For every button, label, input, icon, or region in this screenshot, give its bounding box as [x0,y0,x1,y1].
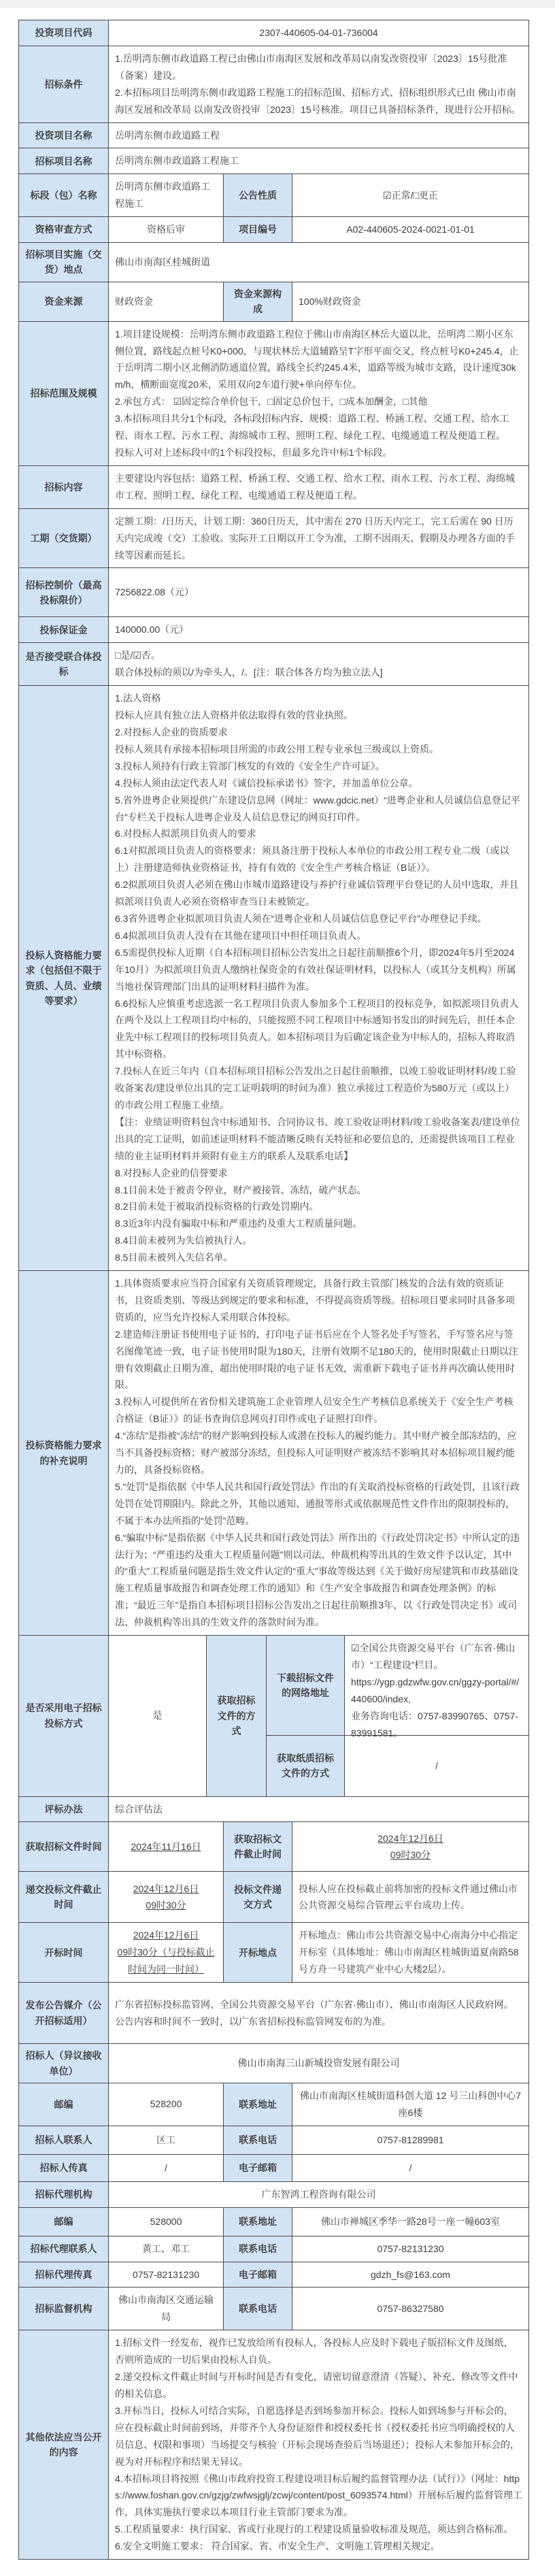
row-tenderee-fax: 招标人传真 / 电子邮箱 / [19,2155,529,2182]
agency-contact-value: 黄工、邓工 [109,2236,224,2262]
tenderee-fax-label: 招标人传真 [19,2155,109,2182]
tender-project-name-value: 岳明湾东侧市政道路工程施工 [109,148,529,174]
notice-nature-value: ☑正常/□更正 [292,174,529,217]
row-tender-conditions: 招标条件 1.岳明湾东侧市政道路工程已由佛山市南海区发展和改革局以南发改资投审〔… [19,46,529,123]
section-value: 岳明湾东侧市政道路工程施工 [109,174,224,217]
row-submission-deadline: 递交投标文件截止时间 2024年12月6日 09时30分 投标文件递交方式 投标… [19,1872,529,1923]
project-number-value: A02-440605-2024-0021-01-01 [292,217,529,243]
agency-postcode-label: 邮编 [19,2208,109,2236]
bid-bond-value: 140000.00（元） [109,617,529,643]
supervisor-label: 招标监督机构 [19,2288,109,2330]
supervisor-phone-value: 0757-86327580 [292,2288,529,2330]
agency-label: 招标代理机构 [19,2182,109,2208]
agency-contact-label: 招标代理联系人 [19,2236,109,2262]
supervisor-value: 佛山市南海区交通运输局 [109,2288,224,2330]
doc-obtain-deadline-label: 获取招标文件截止时间 [224,1822,292,1872]
row-agency-contact: 招标代理联系人 黄工、邓工 联系电话 0757-82131230 [19,2236,529,2262]
row-control-price: 招标控制价（最高投标限价） 7256822.08（元） [19,568,529,617]
funding-composition-value: 100%财政资金 [292,282,529,322]
row-location: 招标项目实施（交货）地点 佛山市南海区桂城街道 [19,243,529,282]
investment-name-value: 岳明湾东侧市政道路工程 [109,123,529,149]
tenderee-email-value: / [292,2155,529,2182]
download-url-label: 下载招标文件的网络地址 [267,1636,345,1736]
row-section: 标段（包）名称 岳明湾东侧市政道路工程施工 公告性质 ☑正常/□更正 [19,174,529,217]
qualification-review-label: 资格审查方式 [19,217,109,243]
doc-obtain-deadline-value: 2024年12月6日 09时30分 [292,1822,529,1872]
subrow-paper: 获取纸质招标文件的方式 / [267,1736,529,1796]
location-label: 招标项目实施（交货）地点 [19,243,109,282]
other-content-value: 1.招标文件一经发布，视作已发放给所有投标人，各投标人应及时下载电子版招标文件及… [109,2330,529,2560]
row-agency-fax: 招标代理传真 0757-82131230 电子邮箱 gdzh_fs@163.co… [19,2262,529,2288]
submission-method-value: 投标人应在投标截止前将加密的投标文件通过佛山市公共资源交易综合管理云平台成功上传… [292,1872,529,1923]
tenderee-address-value: 佛山市南海区桂城街道科创大道 12 号三山科创中心7座6楼 [292,2083,529,2126]
tenderee-label: 招标人（异议接收单位） [19,2044,109,2083]
row-doc-obtain-time: 获取招标文件时间 2024年11月16日 获取招标文件截止时间 2024年12月… [19,1822,529,1872]
funding-composition-label: 资金来源构成 [224,282,292,322]
row-investment-code: 投资项目代码 2307-440605-04-01-736004 [19,20,529,46]
tender-conditions-label: 招标条件 [19,46,109,123]
scope-label: 招标范围及规模 [19,322,109,466]
row-evaluation: 评标办法 综合评估法 [19,1797,529,1823]
evaluation-method-label: 评标办法 [19,1797,109,1823]
submission-deadline-value: 2024年12月6日 09时30分 [109,1872,224,1923]
row-media: 发布公告媒介（公开招标适用） 广东省招标投标监管网、全国公共资源交易平台（广东省… [19,1983,529,2044]
supervisor-phone-label: 联系电话 [224,2288,292,2330]
control-price-value: 7256822.08（元） [109,568,529,617]
agency-fax-label: 招标代理传真 [19,2262,109,2288]
agency-email-label: 电子邮箱 [224,2262,292,2288]
row-electronic-bidding: 是否采用电子招标投标方式 是 获取招标文件的方式 下载招标文件的网络地址 ☑全国… [19,1636,529,1796]
investment-name-label: 投资项目名称 [19,123,109,149]
tenderee-contact-value: 区工 [109,2126,224,2155]
tender-conditions-value: 1.岳明湾东侧市政道路工程已由佛山市南海区发展和改革局以南发改资投审〔2023〕… [109,46,529,123]
row-other: 其他依法应当公开的内容 1.招标文件一经发布，视作已发放给所有投标人，各投标人应… [19,2330,529,2560]
row-supplement: 投标资格能力要求的补充说明 1.具体资质要求应当符合国家有关资质管理规定，具备行… [19,1271,529,1636]
row-qualification-review: 资格审查方式 资格后审 项目编号 A02-440605-2024-0021-01… [19,217,529,243]
agency-postcode-value: 528000 [109,2208,224,2236]
row-agency-postcode: 邮编 528000 联系地址 佛山市禅城区季华一路28号一座一幢603室 [19,2208,529,2236]
tender-content-value: 主要建设内容包括：道路工程、桥涵工程、交通工程、给水工程、雨水工程、污水工程、海… [109,466,529,509]
tenderee-address-label: 联系地址 [224,2083,292,2126]
consortium-label: 是否接受联合体投标 [19,643,109,686]
other-content-label: 其他依法应当公开的内容 [19,2330,109,2560]
bid-opening-place-label: 开标地点 [224,1923,292,1983]
row-duration: 工期（交货期） 定额工期：/日历天，计划工期：360日历天，其中需在 270 日… [19,509,529,569]
project-number-label: 项目编号 [224,217,292,243]
scope-value: 1.项目建设规模：岳明湾东侧市政道路工程位于佛山市南海区林岳大道以北，岳明湾二期… [109,322,529,466]
row-tenderee-postcode: 邮编 528200 联系地址 佛山市南海区桂城街道科创大道 12 号三山科创中心… [19,2083,529,2126]
tenderee-fax-value: / [109,2155,224,2182]
row-bid-bond: 投标保证金 140000.00（元） [19,617,529,643]
supplement-value: 1.具体资质要求应当符合国家有关资质管理规定，具备行政主管部门核发的合法有效的资… [109,1271,529,1636]
tender-content-label: 招标内容 [19,466,109,509]
row-tenderee-contact: 招标人联系人 区工 联系电话 0757-81289981 [19,2126,529,2155]
qualification-requirements-value: 1.法人资格 投标人应具有独立法人资格并依法取得有效的营业执照。 2.对投标人企… [109,686,529,1271]
paper-method-value: / [345,1736,529,1796]
download-url-value: ☑全国公共资源交易平台（广东省·佛山市）“工程建设”栏目。 https://yg… [345,1636,529,1736]
agency-email-value: gdzh_fs@163.com [292,2262,529,2288]
agency-phone-label: 联系电话 [224,2236,292,2262]
tenderee-phone-label: 联系电话 [224,2126,292,2155]
investment-code-label: 投资项目代码 [19,20,109,46]
bid-bond-label: 投标保证金 [19,617,109,643]
row-tender-project-name: 招标项目名称 岳明湾东侧市政道路工程施工 [19,148,529,174]
agency-address-value: 佛山市禅城区季华一路28号一座一幢603室 [292,2208,529,2236]
supplement-label: 投标资格能力要求的补充说明 [19,1271,109,1636]
tenderee-phone-value: 0757-81289981 [292,2126,529,2155]
row-agency: 招标代理机构 广东智鸿工程咨询有限公司 [19,2182,529,2208]
electronic-bidding-label: 是否采用电子招标投标方式 [19,1636,109,1796]
tenderee-value: 佛山市南海三山新城投资发展有限公司 [109,2044,529,2083]
submission-deadline-label: 递交投标文件截止时间 [19,1872,109,1923]
investment-code-value: 2307-440605-04-01-736004 [109,20,529,46]
announcement-media-label: 发布公告媒介（公开招标适用） [19,1983,109,2044]
bid-opening-time-label: 开标时间 [19,1923,109,1983]
row-consortium: 是否接受联合体投标 □是/☑否。 联合体投标的须以/为牵头人，/。[注：联合体各… [19,643,529,686]
announcement-media-value: 广东省招标投标监管网、全国公共资源交易平台（广东省·佛山市）、佛山市南海区人民政… [109,1983,529,2044]
funding-source-value: 财政资金 [109,282,224,322]
agency-address-label: 联系地址 [224,2208,292,2236]
control-price-label: 招标控制价（最高投标限价） [19,568,109,617]
obtain-method-subtable: 下载招标文件的网络地址 ☑全国公共资源交易平台（广东省·佛山市）“工程建设”栏目… [267,1636,529,1796]
row-content: 招标内容 主要建设内容包括：道路工程、桥涵工程、交通工程、给水工程、雨水工程、污… [19,466,529,509]
duration-value: 定额工期：/日历天，计划工期：360日历天，其中需在 270 日历天内完工，完工… [109,509,529,569]
notice-nature-label: 公告性质 [224,174,292,217]
bid-opening-time-value: 2024年12月6日 09时30分（与投标截止时间为同一时间） [109,1923,224,1983]
funding-source-label: 资金来源 [19,282,109,322]
tenderee-email-label: 电子邮箱 [224,2155,292,2182]
row-scope: 招标范围及规模 1.项目建设规模：岳明湾东侧市政道路工程位于佛山市南海区林岳大道… [19,322,529,466]
paper-method-label: 获取纸质招标文件的方式 [267,1736,345,1796]
duration-label: 工期（交货期） [19,509,109,569]
evaluation-method-value: 综合评估法 [109,1797,529,1823]
obtain-method-label: 获取招标文件的方式 [207,1636,267,1796]
agency-phone-value: 0757-82131230 [292,2236,529,2262]
page-top-strip [0,0,555,7]
consortium-value: □是/☑否。 联合体投标的须以/为牵头人，/。[注：联合体各方均为独立法人] [109,643,529,686]
location-value: 佛山市南海区桂城街道 [109,243,529,282]
bid-opening-place-value: 开标地点：佛山市公共资源交易中心南海分中心指定开标室（具体地址：佛山市南海区桂城… [292,1923,529,1983]
tenderee-postcode-value: 528200 [109,2083,224,2126]
tenderee-postcode-label: 邮编 [19,2083,109,2126]
row-bid-opening: 开标时间 2024年12月6日 09时30分（与投标截止时间为同一时间） 开标地… [19,1923,529,1983]
row-supervisor: 招标监督机构 佛山市南海区交通运输局 联系电话 0757-86327580 [19,2288,529,2330]
tender-project-name-label: 招标项目名称 [19,148,109,174]
tender-announcement-table: 投资项目代码 2307-440605-04-01-736004 招标条件 1.岳… [18,20,529,2560]
electronic-bidding-value: 是 [109,1636,207,1796]
doc-obtain-time-label: 获取招标文件时间 [19,1822,109,1872]
row-funding: 资金来源 财政资金 资金来源构成 100%财政资金 [19,282,529,322]
row-investment-name: 投资项目名称 岳明湾东侧市政道路工程 [19,123,529,149]
qualification-requirements-label: 投标人资格能力要求（包括但不限于资质、人员、业绩等要求） [19,686,109,1271]
row-qualification-requirements: 投标人资格能力要求（包括但不限于资质、人员、业绩等要求） 1.法人资格 投标人应… [19,686,529,1271]
row-tenderee: 招标人（异议接收单位） 佛山市南海三山新城投资发展有限公司 [19,2044,529,2083]
doc-obtain-time-value: 2024年11月16日 [109,1822,224,1872]
agency-value: 广东智鸿工程咨询有限公司 [109,2182,529,2208]
tenderee-contact-label: 招标人联系人 [19,2126,109,2155]
submission-method-label: 投标文件递交方式 [224,1872,292,1923]
agency-fax-value: 0757-82131230 [109,2262,224,2288]
section-label: 标段（包）名称 [19,174,109,217]
subrow-download: 下载招标文件的网络地址 ☑全国公共资源交易平台（广东省·佛山市）“工程建设”栏目… [267,1636,529,1736]
qualification-review-value: 资格后审 [109,217,224,243]
